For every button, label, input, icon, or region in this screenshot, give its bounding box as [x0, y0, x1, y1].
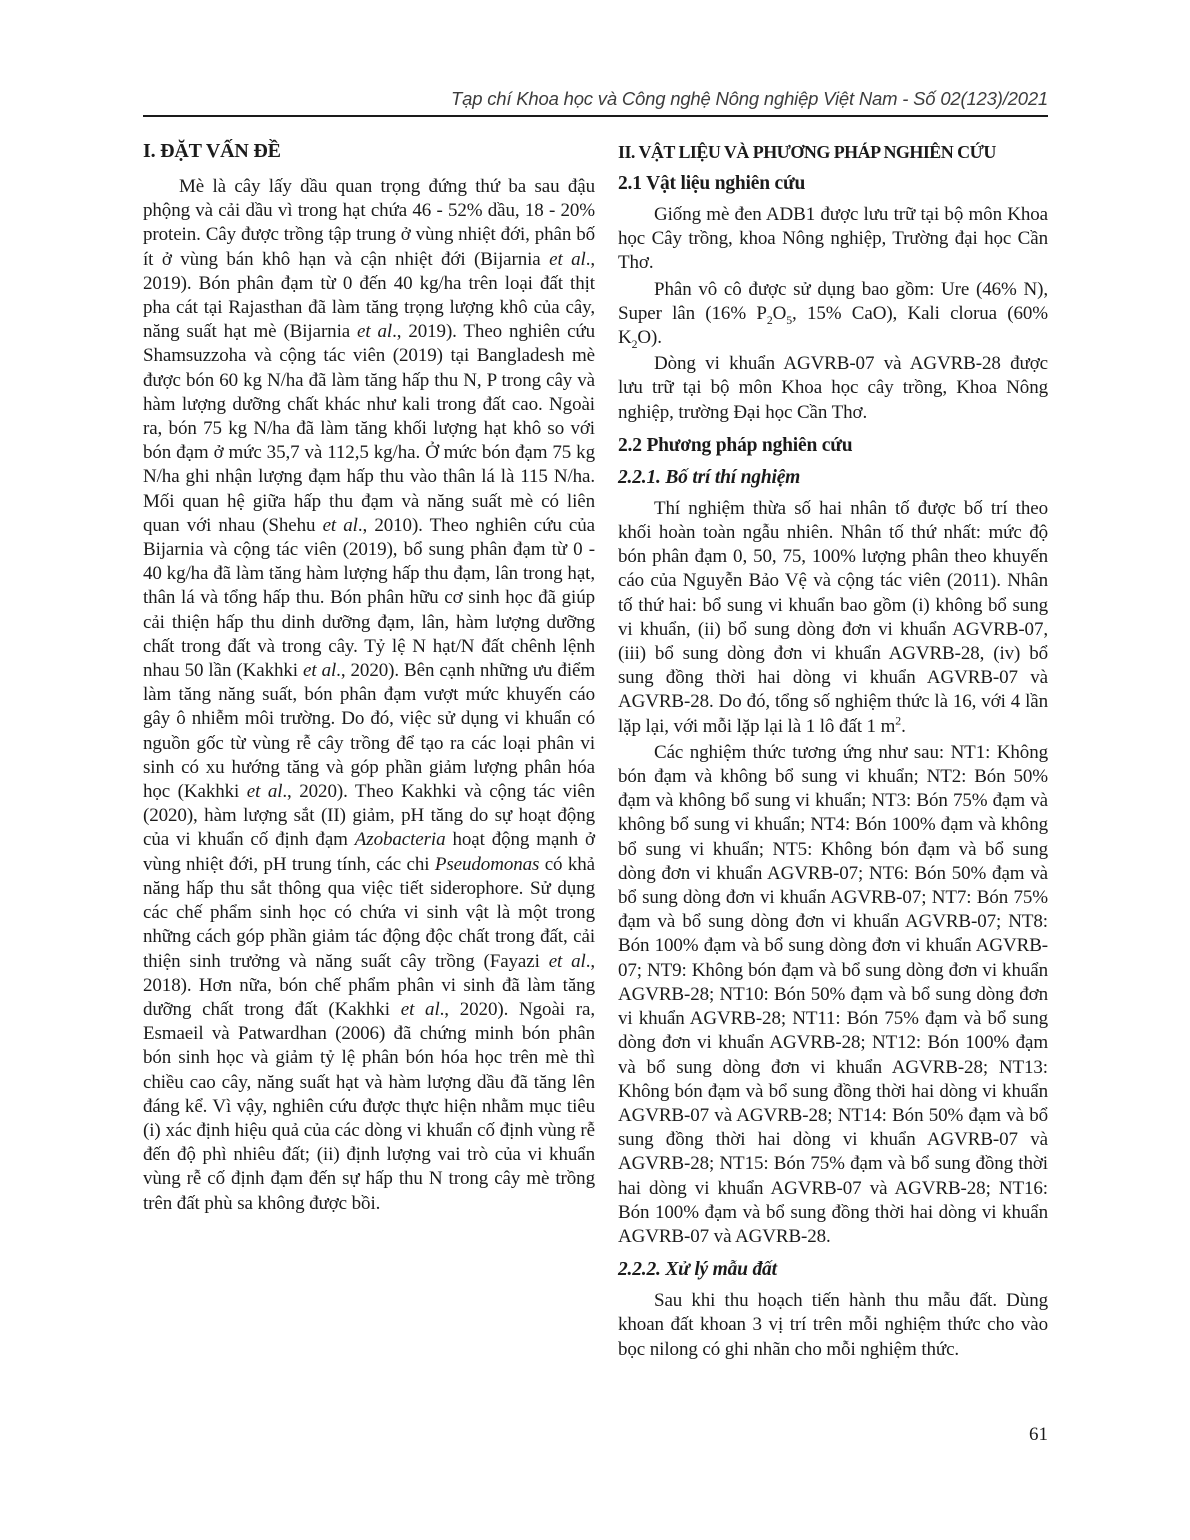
- running-head: Tạp chí Khoa học và Công nghệ Nông nghiệ…: [143, 88, 1048, 110]
- treatments-list-paragraph: Các nghiệm thức tương ứng như sau: NT1: …: [618, 741, 1048, 1249]
- soil-sampling-paragraph: Sau khi thu hoạch tiến hành thu mẫu đất.…: [618, 1289, 1048, 1362]
- materials-variety-paragraph: Giống mè đen ADB1 được lưu trữ tại bộ mô…: [618, 203, 1048, 276]
- section-2-2-1-heading: 2.2.1. Bố trí thí nghiệm: [618, 467, 1048, 489]
- materials-strains-paragraph: Dòng vi khuẩn AGVRB-07 và AGVRB-28 được …: [618, 352, 1048, 425]
- journal-title-line: Tạp chí Khoa học và Công nghệ Nông nghiệ…: [451, 88, 1048, 109]
- section-2-2-heading: 2.2 Phương pháp nghiên cứu: [618, 435, 1048, 457]
- section-2-1-heading: 2.1 Vật liệu nghiên cứu: [618, 173, 1048, 195]
- section-2-heading: II. VẬT LIỆU VÀ PHƯƠNG PHÁP NGHIÊN CỨU: [618, 142, 1048, 163]
- page-number: 61: [143, 1424, 1048, 1446]
- experiment-design-paragraph: Thí nghiệm thừa số hai nhân tố được bố t…: [618, 497, 1048, 739]
- page-number-value: 61: [1029, 1424, 1048, 1445]
- two-column-body: I. ĐẶT VẤN ĐỀ Mè là cây lấy dầu quan trọ…: [143, 138, 1048, 1364]
- journal-page: { "header": { "journal_line": "Tạp chí K…: [0, 0, 1190, 1540]
- header-rule: [143, 115, 1048, 117]
- right-column: II. VẬT LIỆU VÀ PHƯƠNG PHÁP NGHIÊN CỨU 2…: [618, 138, 1048, 1364]
- materials-fertilizer-paragraph: Phân vô cô được sử dụng bao gồm: Ure (46…: [618, 278, 1048, 351]
- section-2-2-2-heading: 2.2.2. Xử lý mẫu đất: [618, 1259, 1048, 1281]
- left-column: I. ĐẶT VẤN ĐỀ Mè là cây lấy dầu quan trọ…: [143, 138, 595, 1364]
- section-1-heading: I. ĐẶT VẤN ĐỀ: [143, 140, 595, 163]
- introduction-paragraph: Mè là cây lấy dầu quan trọng đứng thứ ba…: [143, 175, 595, 1216]
